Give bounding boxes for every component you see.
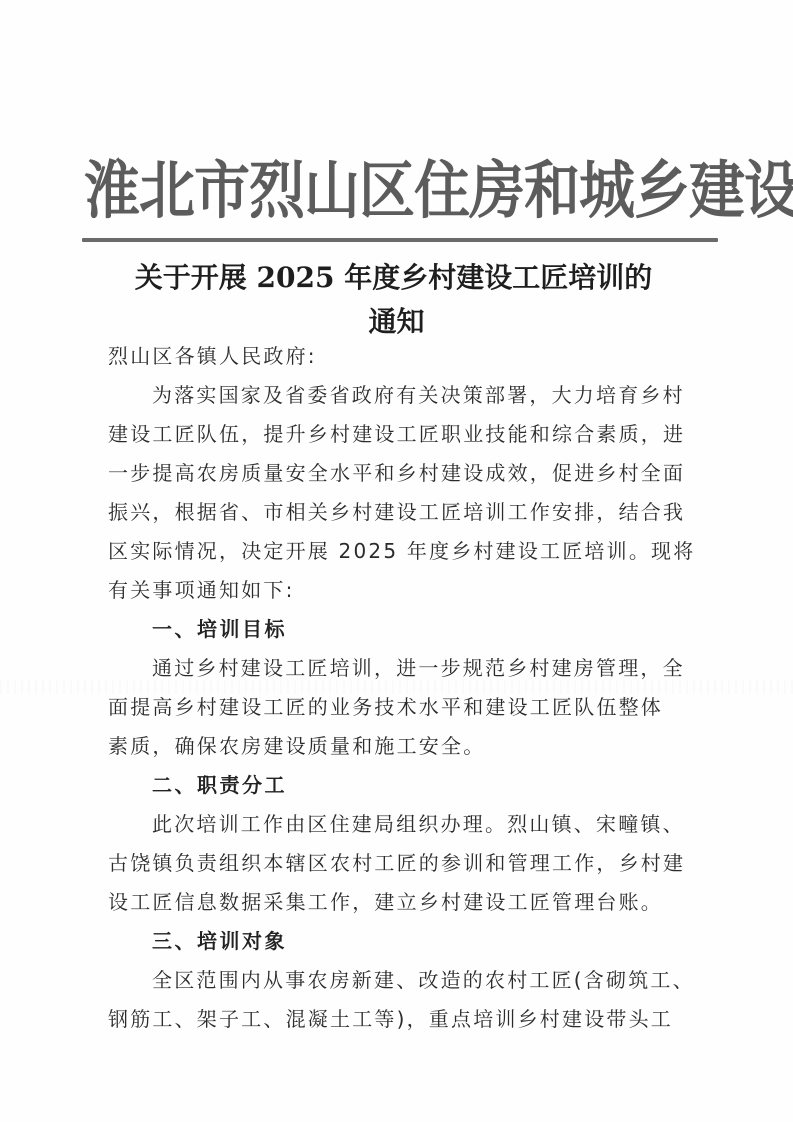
section-line: 素质，确保农房建设质量和施工安全。 <box>108 733 668 759</box>
section-line: 此次培训工作由区住建局组织办理。烈山镇、宋疃镇、 <box>152 811 712 837</box>
section-line: 面提高乡村建设工匠的业务技术水平和建设工匠队伍整体 <box>108 694 668 720</box>
intro-line: 一步提高农房质量安全水平和乡村建设成效，促进乡村全面 <box>108 460 668 486</box>
letterhead-org-name: 淮北市烈山区住房和城乡建设局 <box>84 146 714 226</box>
salutation: 烈山区各镇人民政府: <box>108 343 668 369</box>
intro-line: 振兴，根据省、市相关乡村建设工匠培训工作安排，结合我 <box>108 499 668 525</box>
section-line: 古饶镇负责组织本辖区农村工匠的参训和管理工作，乡村建 <box>108 850 668 876</box>
document-title-line-2: 通知 <box>0 300 793 340</box>
letterhead-char: 住 <box>414 141 469 231</box>
intro-line: 区实际情况，决定开展 2025 年度乡村建设工匠培训。现将 <box>108 538 668 564</box>
section-heading-training-goal: 一、培训目标 <box>152 616 287 642</box>
section-heading-training-targets: 三、培训对象 <box>152 928 287 954</box>
section-line: 通过乡村建设工匠培训，进一步规范乡村建房管理，全 <box>152 655 712 681</box>
letterhead-char: 市 <box>194 141 249 231</box>
letterhead-char: 建 <box>689 141 744 231</box>
letterhead-char: 山 <box>304 141 359 231</box>
section-line: 全区范围内从事农房新建、改造的农村工匠(含砌筑工、 <box>152 967 712 993</box>
letterhead-char: 房 <box>469 141 524 231</box>
section-line: 钢筋工、架子工、混凝土工等)，重点培训乡村建设带头工 <box>108 1006 668 1032</box>
document-title-line-1: 关于开展 2025 年度乡村建设工匠培训的 <box>0 256 790 296</box>
letterhead-char: 和 <box>524 141 579 231</box>
letterhead-char: 区 <box>359 141 414 231</box>
letterhead-char: 城 <box>579 141 634 231</box>
letterhead-char: 烈 <box>249 141 304 231</box>
document-page: 淮北市烈山区住房和城乡建设局 关于开展 2025 年度乡村建设工匠培训的 通知 … <box>0 0 793 1122</box>
intro-line: 为落实国家及省委省政府有关决策部署，大力培育乡村 <box>152 382 712 408</box>
letterhead-char: 淮 <box>84 141 139 231</box>
section-heading-responsibilities: 二、职责分工 <box>152 772 287 798</box>
letterhead-char: 设 <box>744 141 793 231</box>
intro-line: 建设工匠队伍，提升乡村建设工匠职业技能和综合素质，进 <box>108 421 668 447</box>
intro-line: 有关事项通知如下: <box>108 577 668 603</box>
letterhead-divider <box>82 238 718 242</box>
scan-noise <box>0 680 793 694</box>
section-line: 设工匠信息数据采集工作，建立乡村建设工匠管理台账。 <box>108 889 668 915</box>
letterhead-char: 北 <box>139 141 194 231</box>
letterhead-char: 乡 <box>634 141 689 231</box>
